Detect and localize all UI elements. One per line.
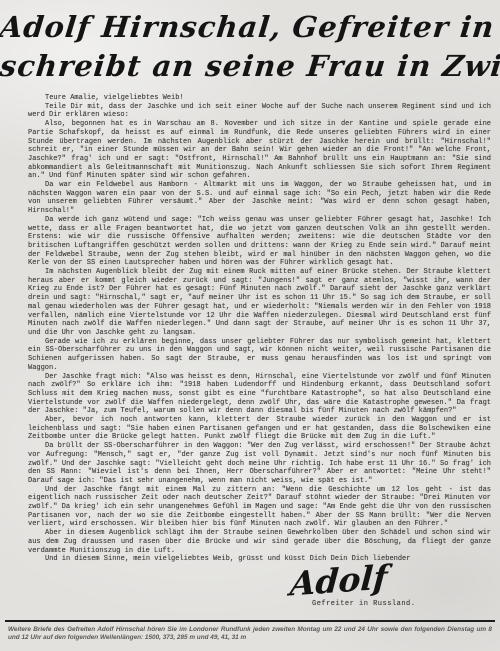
letter-paragraph: Im nächsten Augenblick bleibt der Zug mi… <box>28 268 491 338</box>
title-line-2: schreibt an seine Frau in Zwieselsdorf <box>0 47 500 86</box>
letter-paragraph: Da werde ich ganz wütend und sage: "Ich … <box>28 216 491 268</box>
letter-paragraph: Da war ein Feldwebel aus Hamborn - Altma… <box>28 181 491 216</box>
footer-divider <box>5 620 495 622</box>
letter-paragraph: Und der Jaschke fängt mit einem Mal zu z… <box>28 486 491 530</box>
letter-paragraph: Also, begonnen hat es in Warschau am 8. … <box>28 120 491 181</box>
signature-block: Adolf Gefreiter in Russland. <box>0 564 500 616</box>
letter-paragraph: Und in diesem Sinne, mein vielgeliebtes … <box>28 555 491 564</box>
letter-page: Adolf Hirnschal, Gefreiter in Rußland, s… <box>0 0 500 651</box>
letter-paragraph: Teile Dir mit, dass der Jaschke und ich … <box>28 103 491 120</box>
footer-broadcast-note: Weitere Briefe des Gefreiten Adolf Hirns… <box>8 626 492 642</box>
letter-paragraph: Gerade wie ich zu erklären beginne, dass… <box>28 338 491 373</box>
letter-paragraph: Da brüllt der SS-Oberscharführer in den … <box>28 442 491 486</box>
letter-paragraph: Aber, bevor ich noch antworten kann, kle… <box>28 416 491 442</box>
signature-role: Gefreiter in Russland. <box>312 600 415 608</box>
letter-paragraph: Der Jaschke fragt mich: "Also was heisst… <box>28 373 491 417</box>
signature-handwritten: Adolf <box>289 560 389 601</box>
letter-paragraph: Aber in diesem Augenblick schlägt ihm de… <box>28 529 491 555</box>
title-line-1: Adolf Hirnschal, Gefreiter in Rußland, <box>0 8 500 47</box>
handwritten-title: Adolf Hirnschal, Gefreiter in Rußland, s… <box>0 0 500 86</box>
letter-body: Teure Amalie, vielgeliebtes Weib!Teile D… <box>28 94 491 564</box>
letter-paragraph: Teure Amalie, vielgeliebtes Weib! <box>28 94 491 103</box>
